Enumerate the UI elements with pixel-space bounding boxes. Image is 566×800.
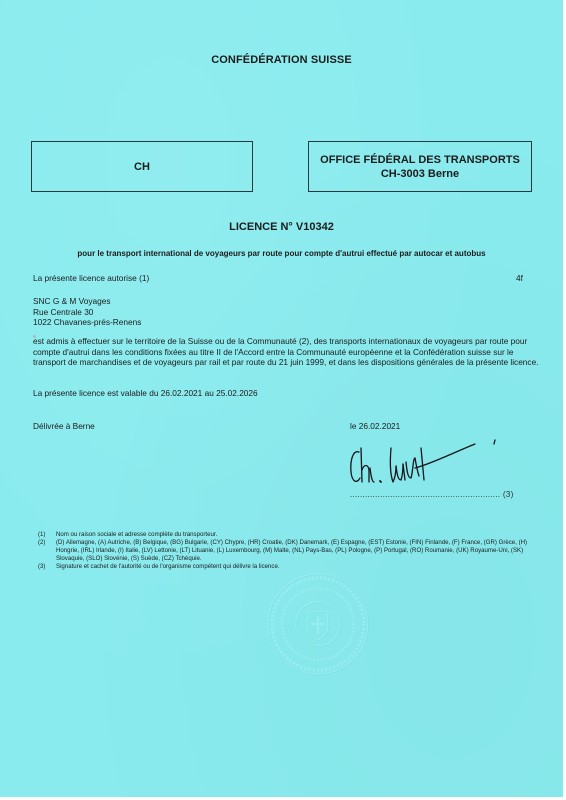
licence-holder: SNC G & M Voyages Rue Centrale 30 1022 C… [33,296,141,328]
footnote-number: (3) [38,563,56,571]
authorises-label: La présente licence autorise (1) [33,273,149,284]
reference-code: 4f [516,273,523,284]
holder-name: SNC G & M Voyages [33,296,141,307]
footnote-1: (1) Nom ou raison sociale et adresse com… [38,531,538,539]
issuing-authority-box: OFFICE FÉDÉRAL DES TRANSPORTS CH-3003 Be… [308,141,532,192]
footnote-number: (2) [38,539,56,563]
signature-icon [345,438,515,490]
signature-line: ........................................… [350,489,514,499]
footnote-text: Signature et cachet de l'autorité ou de … [56,563,538,571]
issued-place: Délivrée à Berne [33,421,95,432]
validity-period: La présente licence est valable du 26.02… [33,388,258,399]
authorisation-paragraph: est admis à effectuer sur le territoire … [33,336,543,368]
holder-city: 1022 Chavanes-prés-Renens [33,317,141,328]
footnote-2: (2) (D) Allemagne, (A) Autriche, (B) Bel… [38,539,538,563]
licence-title: LICENCE N° V10342 [0,221,563,233]
footnote-3: (3) Signature et cachet de l'autorité ou… [38,563,538,571]
footnotes: (1) Nom ou raison sociale et adresse com… [38,531,538,571]
authority-address: CH-3003 Berne [381,167,459,181]
country-code: CH [134,160,150,174]
authority-name: OFFICE FÉDÉRAL DES TRANSPORTS [320,153,520,167]
country-title: CONFÉDÉRATION SUISSE [0,54,563,66]
holder-street: Rue Centrale 30 [33,307,141,318]
embossed-seal-icon [266,572,370,676]
country-code-box: CH [31,141,253,192]
footnote-text: (D) Allemagne, (A) Autriche, (B) Belgiqu… [56,539,538,563]
licence-document: CONFÉDÉRATION SUISSE CH OFFICE FÉDÉRAL D… [0,0,563,797]
licence-subtitle: pour le transport international de voyag… [0,249,563,258]
footnote-number: (1) [38,531,56,539]
footnote-text: Nom ou raison sociale et adresse complèt… [56,531,538,539]
issued-date: le 26.02.2021 [350,421,400,432]
